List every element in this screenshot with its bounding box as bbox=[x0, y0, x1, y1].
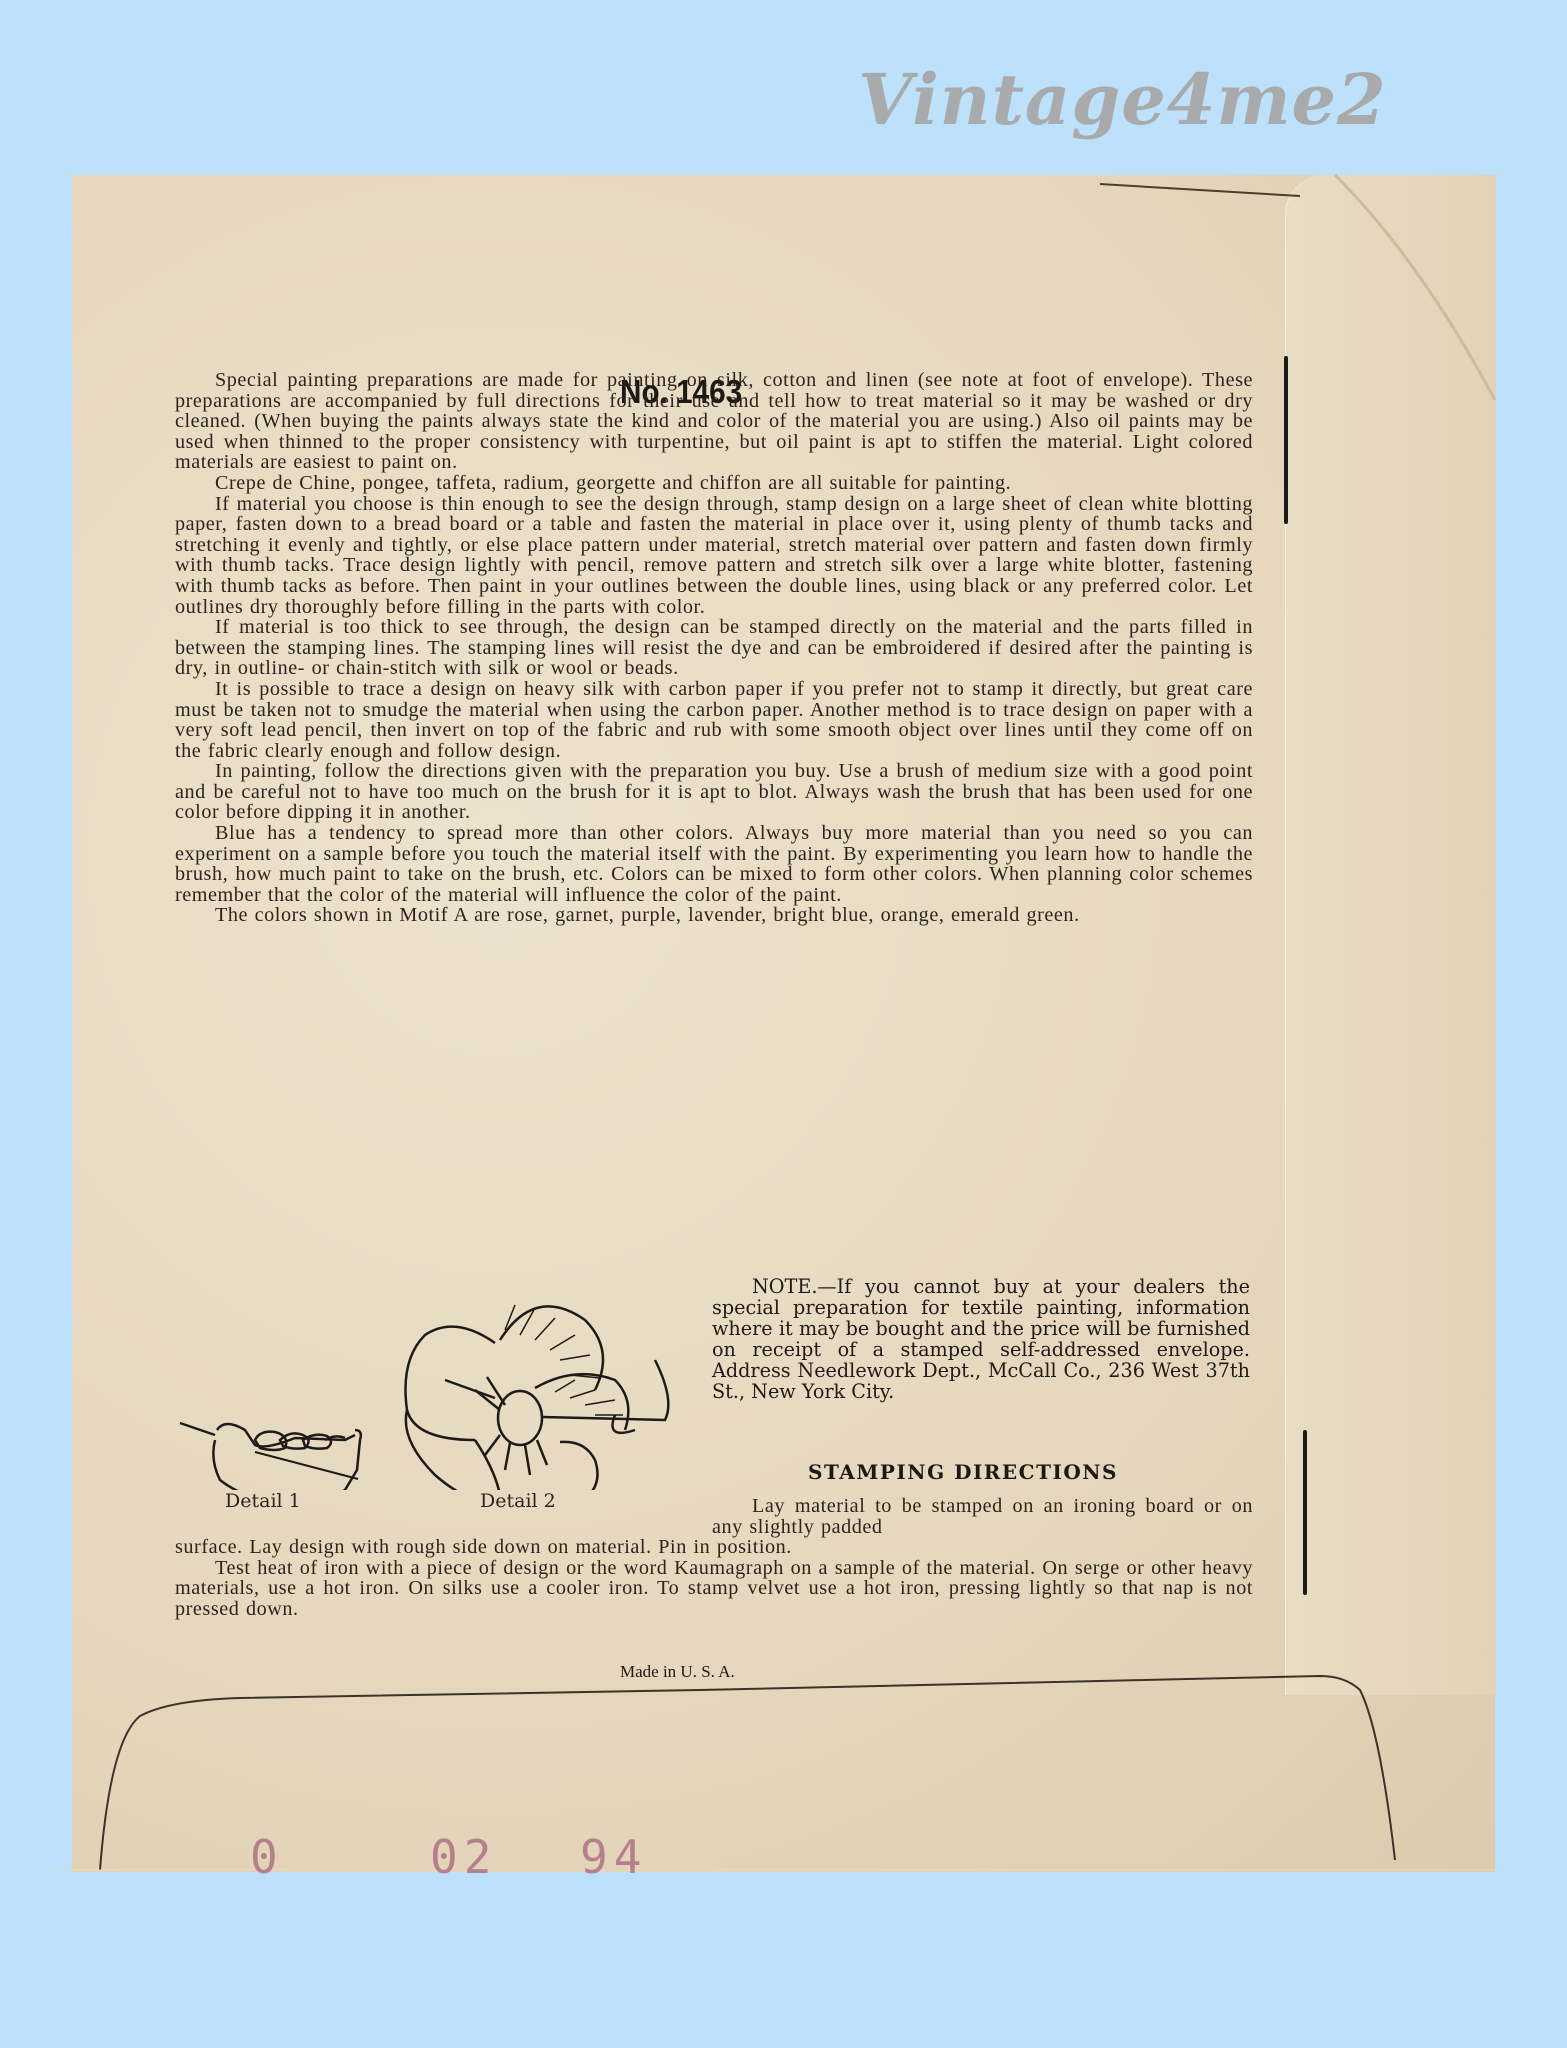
made-in-usa-label: Made in U. S. A. bbox=[620, 1662, 735, 1682]
stamping-paragraph-2: Test heat of iron with a piece of design… bbox=[175, 1558, 1253, 1620]
postmark-digit: 0 bbox=[250, 1830, 284, 1884]
paragraph: In painting, follow the directions given… bbox=[175, 761, 1253, 823]
stamping-directions-heading: STAMPING DIRECTIONS bbox=[808, 1460, 1118, 1484]
envelope-fold-lines bbox=[0, 0, 1567, 2048]
chain-stitch-illustration-icon bbox=[175, 1280, 695, 1490]
paragraph: It is possible to trace a design on heav… bbox=[175, 679, 1253, 761]
stamping-paragraph-1-cont: surface. Lay design with rough side down… bbox=[175, 1537, 1253, 1558]
paragraph: Blue has a tendency to spread more than … bbox=[175, 823, 1253, 905]
margin-rule-top bbox=[1284, 356, 1288, 524]
paragraph: The colors shown in Motif A are rose, ga… bbox=[175, 905, 1253, 926]
stamping-directions-body: Lay material to be stamped on an ironing… bbox=[175, 1496, 1253, 1620]
instructions-body: Special painting preparations are made f… bbox=[175, 370, 1253, 926]
paragraph: Crepe de Chine, pongee, taffeta, radium,… bbox=[175, 473, 1253, 494]
illustrations: Detail 1 Detail 2 bbox=[175, 1280, 695, 1520]
paragraph: If material is too thick to see through,… bbox=[175, 617, 1253, 679]
note-paragraph: NOTE.—If you cannot buy at your dealers … bbox=[712, 1276, 1250, 1402]
margin-rule-bottom bbox=[1303, 1430, 1307, 1595]
postmark-digit: 94 bbox=[580, 1830, 647, 1884]
paragraph: Special painting preparations are made f… bbox=[175, 370, 1253, 473]
postmark-digit: 02 bbox=[430, 1830, 497, 1884]
stamping-paragraph-1: Lay material to be stamped on an ironing… bbox=[712, 1496, 1253, 1537]
paragraph: If material you choose is thin enough to… bbox=[175, 494, 1253, 618]
